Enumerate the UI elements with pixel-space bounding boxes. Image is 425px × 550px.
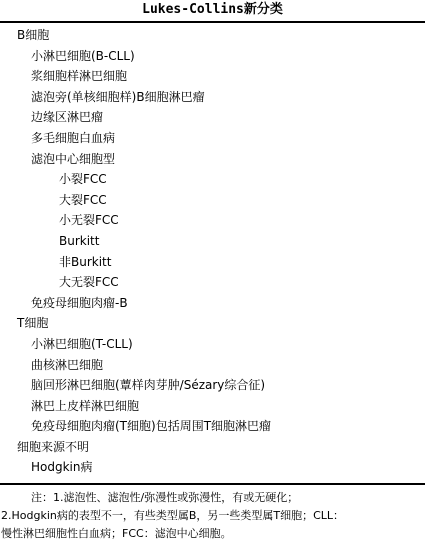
list-item: 大裂FCC <box>0 190 425 211</box>
footnote-line-3: 慢性淋巴细胞性白血病；FCC：滤泡中心细胞。 <box>0 525 425 543</box>
list-item: 大无裂FCC <box>0 272 425 293</box>
list-item: Hodgkin病 <box>0 457 425 478</box>
list-item: T细胞 <box>0 313 425 334</box>
list-item: 多毛细胞白血病 <box>0 128 425 149</box>
list-item: 细胞来源不明 <box>0 437 425 458</box>
list-item: 滤泡旁(单核细胞样)B细胞淋巴瘤 <box>0 87 425 108</box>
list-item: 滤泡中心细胞型 <box>0 149 425 170</box>
classification-list: B细胞 小淋巴细胞(B-CLL) 浆细胞样淋巴细胞 滤泡旁(单核细胞样)B细胞淋… <box>0 25 425 478</box>
list-item: 淋巴上皮样淋巴细胞 <box>0 396 425 417</box>
list-item: Burkitt <box>0 231 425 252</box>
list-item: 脑回形淋巴细胞(蕈样肉芽肿/Sézary综合征) <box>0 375 425 396</box>
list-item: 小淋巴细胞(T-CLL) <box>0 334 425 355</box>
list-item: 浆细胞样淋巴细胞 <box>0 66 425 87</box>
list-item: 免疫母细胞肉瘤-B <box>0 293 425 314</box>
bottom-rule <box>0 483 425 485</box>
list-item: 曲核淋巴细胞 <box>0 355 425 376</box>
footnote-line-2: 2.Hodgkin病的表型不一，有些类型属B，另一些类型属T细胞；CLL： <box>0 507 425 525</box>
list-item: 边缘区淋巴瘤 <box>0 107 425 128</box>
table-title: Lukes-Collins新分类 <box>0 2 425 18</box>
list-item: 免疫母细胞肉瘤(T细胞)包括周围T细胞淋巴瘤 <box>0 416 425 437</box>
top-rule <box>0 21 425 23</box>
footnote: 注：1.滤泡性、滤泡性/弥漫性或弥漫性，有或无硬化； 2.Hodgkin病的表型… <box>0 489 425 543</box>
list-item: 小无裂FCC <box>0 210 425 231</box>
list-item: B细胞 <box>0 25 425 46</box>
list-item: 非Burkitt <box>0 252 425 273</box>
footnote-line-1: 注：1.滤泡性、滤泡性/弥漫性或弥漫性，有或无硬化； <box>0 489 425 507</box>
list-item: 小淋巴细胞(B-CLL) <box>0 46 425 67</box>
list-item: 小裂FCC <box>0 169 425 190</box>
